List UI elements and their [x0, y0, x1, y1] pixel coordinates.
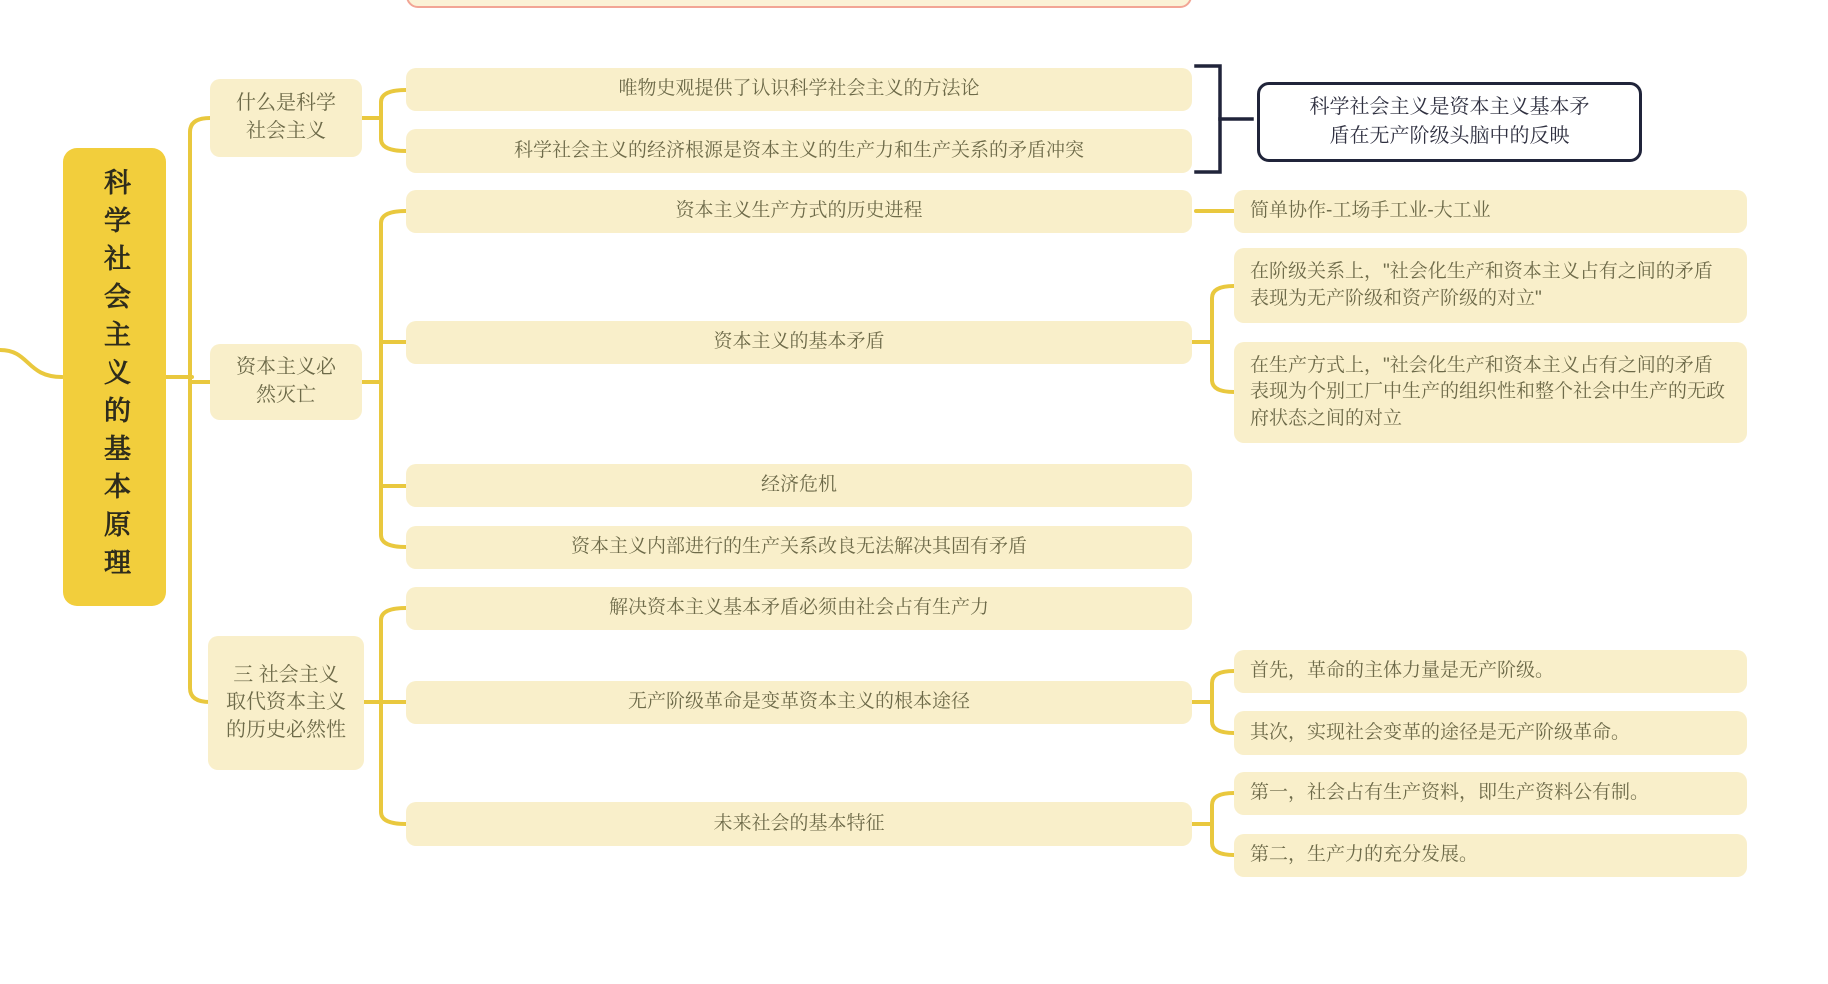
node-cooperation-manufacture-industry[interactable]: 简单协作-工场手工业-大工业	[1234, 190, 1747, 233]
node-label: 无产阶级革命是变革资本主义的根本途径	[628, 689, 970, 716]
trunk-branch1	[381, 90, 406, 151]
branch-socialism-replaces-capitalism[interactable]: 三 社会主义取代资本主义的历史必然性	[208, 636, 364, 770]
fork-future	[1212, 793, 1234, 855]
fork-revolution	[1212, 671, 1234, 733]
branch-label: 三 社会主义取代资本主义的历史必然性	[226, 662, 346, 745]
node-internal-reform-cannot-solve[interactable]: 资本主义内部进行的生产关系改良无法解决其固有矛盾	[406, 526, 1192, 569]
node-basic-contradiction[interactable]: 资本主义的基本矛盾	[406, 321, 1192, 364]
node-label: 其次，实现社会变革的途径是无产阶级革命。	[1250, 720, 1630, 747]
node-label: 第二，生产力的充分发展。	[1250, 842, 1478, 869]
node-label: 唯物史观提供了认识科学社会主义的方法论	[618, 76, 979, 103]
branch-label: 资本主义必然灭亡	[228, 354, 344, 409]
node-label: 在生产方式上，"社会化生产和资本主义占有之间的矛盾表现为个别工厂中生产的组织性和…	[1250, 353, 1731, 433]
summary-callout-box[interactable]: 科学社会主义是资本主义基本矛盾在无产阶级头脑中的反映	[1257, 82, 1642, 162]
node-label: 资本主义生产方式的历史进程	[675, 198, 922, 225]
node-full-development-productivity[interactable]: 第二，生产力的充分发展。	[1234, 834, 1747, 877]
trunk-main	[190, 118, 210, 702]
node-society-own-productive-forces[interactable]: 解决资本主义基本矛盾必须由社会占有生产力	[406, 587, 1192, 630]
node-label: 简单协作-工场手工业-大工业	[1250, 198, 1491, 225]
node-class-relations[interactable]: 在阶级关系上，"社会化生产和资本主义占有之间的矛盾表现为无产阶级和资产阶级的对立…	[1234, 248, 1747, 323]
node-production-mode[interactable]: 在生产方式上，"社会化生产和资本主义占有之间的矛盾表现为个别工厂中生产的组织性和…	[1234, 342, 1747, 443]
node-second-revolution-way[interactable]: 其次，实现社会变革的途径是无产阶级革命。	[1234, 711, 1747, 755]
node-public-ownership[interactable]: 第一，社会占有生产资料，即生产资料公有制。	[1234, 772, 1747, 815]
node-label: 资本主义内部进行的生产关系改良无法解决其固有矛盾	[571, 534, 1027, 561]
node-label: 首先，革命的主体力量是无产阶级。	[1250, 658, 1554, 685]
node-first-subject-force[interactable]: 首先，革命的主体力量是无产阶级。	[1234, 650, 1747, 693]
edge-offscreen-root	[0, 350, 62, 377]
branch-label: 什么是科学社会主义	[228, 90, 344, 145]
node-future-society-features[interactable]: 未来社会的基本特征	[406, 802, 1192, 846]
node-label: 解决资本主义基本矛盾必须由社会占有生产力	[609, 595, 989, 622]
partial-top-node[interactable]	[406, 0, 1192, 8]
node-materialist-view-method[interactable]: 唯物史观提供了认识科学社会主义的方法论	[406, 68, 1192, 111]
node-label: 资本主义的基本矛盾	[713, 329, 884, 356]
node-label: 未来社会的基本特征	[713, 811, 884, 838]
summary-bracket	[1196, 66, 1220, 172]
node-economic-root[interactable]: 科学社会主义的经济根源是资本主义的生产力和生产关系的矛盾冲突	[406, 129, 1192, 173]
root-label: 科学社会主义的基本原理	[101, 168, 128, 586]
mindmap-canvas: 科学社会主义的基本原理 什么是科学社会主义 唯物史观提供了认识科学社会主义的方法…	[0, 0, 1828, 984]
node-label: 经济危机	[761, 472, 837, 499]
node-label: 科学社会主义的经济根源是资本主义的生产力和生产关系的矛盾冲突	[514, 138, 1084, 165]
fork-contradiction	[1212, 286, 1234, 392]
branch-what-is-scientific-socialism[interactable]: 什么是科学社会主义	[210, 79, 362, 157]
node-proletarian-revolution-path[interactable]: 无产阶级革命是变革资本主义的根本途径	[406, 681, 1192, 724]
node-economic-crisis[interactable]: 经济危机	[406, 464, 1192, 507]
node-label: 第一，社会占有生产资料，即生产资料公有制。	[1250, 780, 1649, 807]
branch-capitalism-doomed[interactable]: 资本主义必然灭亡	[210, 344, 362, 420]
node-historical-process[interactable]: 资本主义生产方式的历史进程	[406, 190, 1192, 233]
summary-label: 科学社会主义是资本主义基本矛盾在无产阶级头脑中的反映	[1304, 93, 1596, 151]
trunk-branch2	[381, 211, 406, 547]
root-node[interactable]: 科学社会主义的基本原理	[63, 148, 166, 606]
node-label: 在阶级关系上，"社会化生产和资本主义占有之间的矛盾表现为无产阶级和资产阶级的对立…	[1250, 259, 1731, 312]
trunk-branch3	[381, 608, 406, 824]
